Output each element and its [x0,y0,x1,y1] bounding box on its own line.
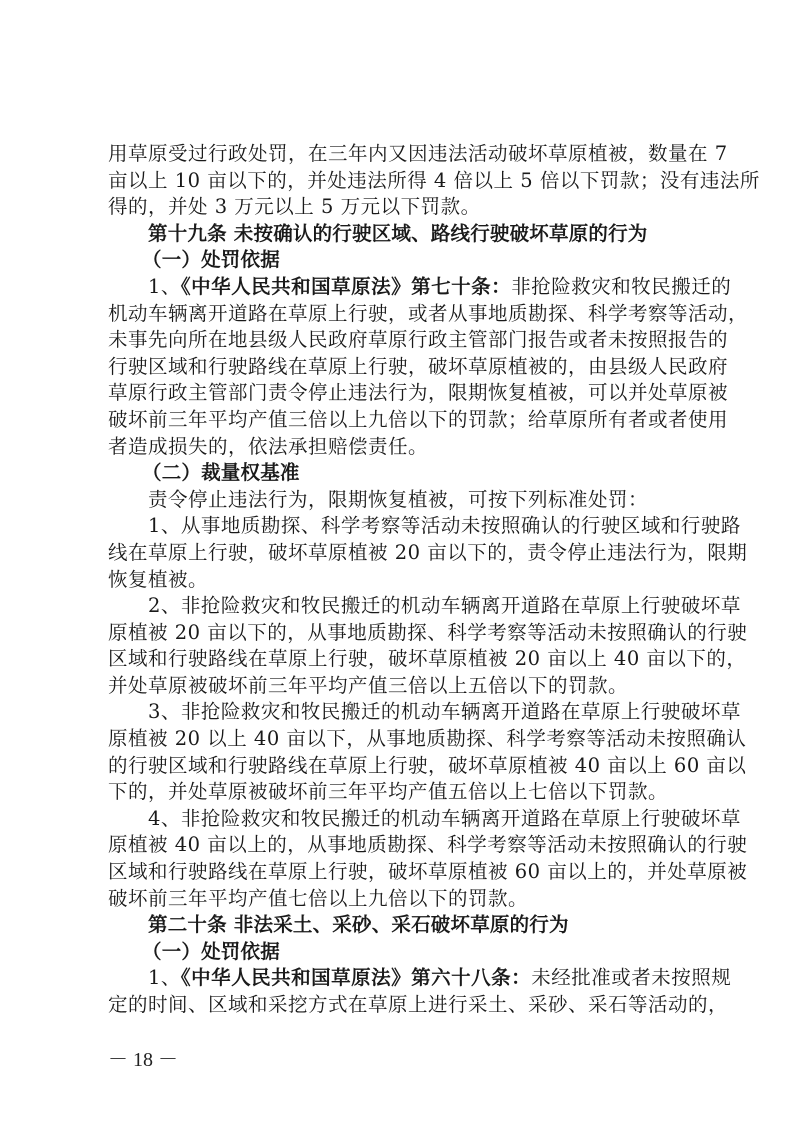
list-item-4: 4、非抢险救灾和牧民搬迁的机动车辆离开道路在草原上行驶破坏草 [108,806,692,833]
law-reference: 《中华人民共和国草原法》第七十条： [181,275,511,298]
law-reference: 《中华人民共和国草原法》第六十八条： [181,966,531,989]
text-line: 机动车辆离开道路在草原上行驶，或者从事地质勘探、科学考察等活动， [108,301,692,328]
text-line: 区域和行驶路线在草原上行驶，破坏草原植被 60 亩以上的，并处草原被 [108,859,692,886]
law-citation-line: 1、《中华人民共和国草原法》第七十条：非抢险救灾和牧民搬迁的 [108,274,692,301]
text-line: 责令停止违法行为，限期恢复植被，可按下列标准处罚： [108,487,692,514]
text-line: 亩以上 10 亩以下的，并处违法所得 4 倍以上 5 倍以下罚款；没有违法所 [108,168,692,195]
text-line: 定的时间、区域和采挖方式在草原上进行采土、采砂、采石等活动的， [108,992,692,1019]
text-line: 下的，并处草原被破坏前三年平均产值五倍以上七倍以下罚款。 [108,779,692,806]
law-text: 未经批准或者未按照规 [531,966,731,989]
text-line: 者造成损失的，依法承担赔偿责任。 [108,434,692,461]
text-line: 原植被 20 以上 40 亩以下，从事地质勘探、科学考察等活动未按照确认 [108,726,692,753]
text-line: 行驶区域和行驶路线在草原上行驶，破坏草原植被的，由县级人民政府 [108,354,692,381]
text-line: 区域和行驶路线在草原上行驶，破坏草原植被 20 亩以上 40 亩以下的， [108,646,692,673]
text-line: 线在草原上行驶，破坏草原植被 20 亩以下的，责令停止违法行为，限期 [108,540,692,567]
document-body: 用草原受过行政处罚，在三年内又因违法活动破坏草原植被，数量在 7 亩以上 10 … [108,141,692,1019]
text-line: 破坏前三年平均产值七倍以上九倍以下的罚款。 [108,886,692,913]
text-line: 恢复植被。 [108,567,692,594]
article-heading-19: 第十九条 未按确认的行驶区域、路线行驶破坏草原的行为 [108,221,692,248]
article-heading-20: 第二十条 非法采土、采砂、采石破坏草原的行为 [108,912,692,939]
text-line: 原植被 40 亩以上的，从事地质勘探、科学考察等活动未按照确认的行驶 [108,832,692,859]
item-number: 1、 [148,966,181,989]
list-item-1: 1、从事地质勘探、科学考察等活动未按照确认的行驶区域和行驶路 [108,513,692,540]
section-heading-discretion: （二）裁量权基准 [108,460,692,487]
page-number: － 18 － [108,1043,178,1072]
document-page: 用草原受过行政处罚，在三年内又因违法活动破坏草原植被，数量在 7 亩以上 10 … [0,0,793,1122]
list-item-3: 3、非抢险救灾和牧民搬迁的机动车辆离开道路在草原上行驶破坏草 [108,699,692,726]
law-citation-line: 1、《中华人民共和国草原法》第六十八条：未经批准或者未按照规 [108,965,692,992]
list-item-2: 2、非抢险救灾和牧民搬迁的机动车辆离开道路在草原上行驶破坏草 [108,593,692,620]
text-line: 的行驶区域和行驶路线在草原上行驶，破坏草原植被 40 亩以上 60 亩以 [108,753,692,780]
text-line: 草原行政主管部门责令停止违法行为，限期恢复植被，可以并处草原被 [108,380,692,407]
text-line: 用草原受过行政处罚，在三年内又因违法活动破坏草原植被，数量在 7 [108,141,692,168]
text-line: 得的，并处 3 万元以上 5 万元以下罚款。 [108,194,692,221]
item-number: 1、 [148,275,181,298]
text-line: 并处草原被破坏前三年平均产值三倍以上五倍以下的罚款。 [108,673,692,700]
text-line: 破坏前三年平均产值三倍以上九倍以下的罚款；给草原所有者或者使用 [108,407,692,434]
law-text: 非抢险救灾和牧民搬迁的 [511,275,731,298]
section-heading-basis: （一）处罚依据 [108,247,692,274]
text-line: 未事先向所在地县级人民政府草原行政主管部门报告或者未按照报告的 [108,327,692,354]
section-heading-basis: （一）处罚依据 [108,939,692,966]
text-line: 原植被 20 亩以下的，从事地质勘探、科学考察等活动未按照确认的行驶 [108,620,692,647]
